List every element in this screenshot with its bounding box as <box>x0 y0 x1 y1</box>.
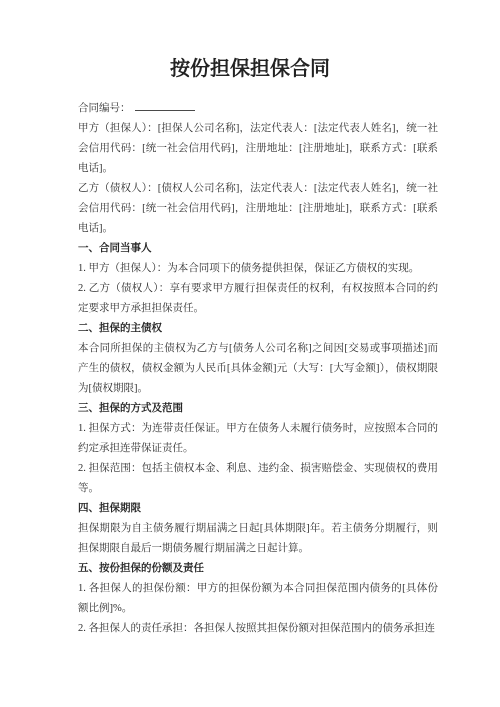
contract-paragraph: 本合同所担保的主债权为乙方与[债务人公司名称]之间因[交易或事项描述]而产生的债… <box>78 339 438 399</box>
contract-paragraph: 乙方（债权人）：[债权人公司名称]，法定代表人：[法定代表人姓名]，统一社会信用… <box>78 179 438 239</box>
contract-number-label: 合同编号： <box>78 103 131 114</box>
contract-paragraph: 2. 担保范围：包括主债权本金、利息、违约金、损害赔偿金、实现债权的费用等。 <box>78 459 438 499</box>
section-heading: 一、合同当事人 <box>78 239 438 259</box>
section-heading: 二、担保的主债权 <box>78 319 438 339</box>
contract-paragraph: 2. 乙方（债权人）：享有要求甲方履行担保责任的权利，有权按照本合同的约定要求甲… <box>78 279 438 319</box>
section-heading: 三、担保的方式及范围 <box>78 399 438 419</box>
section-heading: 四、担保期限 <box>78 499 438 519</box>
contract-paragraph: 担保期限为自主债务履行期届满之日起[具体期限]年。若主债务分期履行，则担保期限自… <box>78 519 438 559</box>
contract-paragraph: 1. 甲方（担保人）：为本合同项下的债务提供担保，保证乙方债权的实现。 <box>78 259 438 279</box>
document-title: 按份担保担保合同 <box>0 0 500 83</box>
document-body: 合同编号： 甲方（担保人）：[担保人公司名称]，法定代表人：[法定代表人姓名]，… <box>78 99 438 639</box>
contract-number-blank <box>135 99 195 111</box>
document-page: 按份担保担保合同 合同编号： 甲方（担保人）：[担保人公司名称]，法定代表人：[… <box>0 0 500 707</box>
contract-paragraph: 1. 各担保人的担保份额：甲方的担保份额为本合同担保范围内债务的[具体份额比例]… <box>78 579 438 619</box>
contract-paragraph: 甲方（担保人）：[担保人公司名称]，法定代表人：[法定代表人姓名]，统一社会信用… <box>78 119 438 179</box>
section-heading: 五、按份担保的份额及责任 <box>78 559 438 579</box>
contract-paragraph: 2. 各担保人的责任承担：各担保人按照其担保份额对担保范围内的债务承担连 <box>78 619 438 639</box>
contract-paragraph: 1. 担保方式：为连带责任保证。甲方在债务人未履行债务时，应按照本合同的约定承担… <box>78 419 438 459</box>
contract-blocks: 甲方（担保人）：[担保人公司名称]，法定代表人：[法定代表人姓名]，统一社会信用… <box>78 119 438 639</box>
contract-number-line: 合同编号： <box>78 99 438 119</box>
